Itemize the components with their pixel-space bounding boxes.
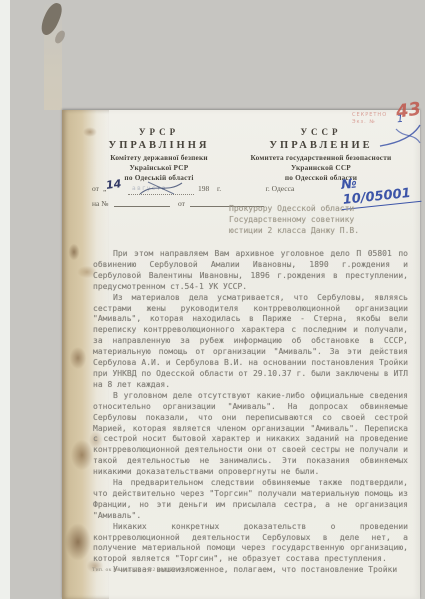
date-year-suffix: г. (217, 184, 221, 193)
addressee-line3: юстиции 2 класса Данжу П.В. (229, 225, 414, 236)
letter-body: При этом направляем Вам архивное уголовн… (93, 249, 408, 576)
ref-na-label: на № (92, 199, 108, 208)
date-day-handwritten: 14 (105, 177, 122, 192)
ink-scribble-icon (376, 122, 424, 155)
letterhead-line2-uk: Української РСР (88, 163, 230, 172)
letterhead-ukrainian: УРСР УПРАВЛІННЯ Комітету державної безпе… (88, 127, 230, 182)
body-paragraph: На предварительном следствии обвиняемые … (93, 478, 408, 522)
date-prefix-label: от (92, 184, 99, 193)
ref-ot-label: от (178, 199, 185, 208)
date-month-field: августа (128, 183, 194, 195)
date-year-label: 198 (198, 184, 209, 193)
letterhead-country-uk: УРСР (88, 127, 230, 137)
secrecy-stamp-line1: СЕКРЕТНО (352, 112, 387, 119)
paper-sheet: УРСР УПРАВЛІННЯ Комітету державної безпе… (62, 110, 420, 599)
body-paragraph: Никаких конкретных доказательств о прове… (93, 522, 408, 566)
body-paragraph: При этом направляем Вам архивное уголовн… (93, 249, 408, 293)
body-paragraph: Из материалов дела усматривается, что Се… (93, 293, 408, 391)
letterhead-line2-ru: Украинской ССР (232, 163, 410, 172)
addressee-block: Прокурору Одесской области Государственн… (229, 203, 414, 236)
ref-na-underline (114, 199, 170, 209)
addressee-line1: Прокурору Одесской области (229, 203, 414, 214)
letterhead-org-uk: УПРАВЛІННЯ (88, 140, 230, 152)
letterhead-line1-uk: Комітету державної безпеки (88, 153, 230, 162)
addressee-line2: Государственному советнику (229, 214, 414, 225)
city-label: г. Одесса (250, 184, 310, 193)
body-paragraph: В уголовном деле отсутствуют какие-либо … (93, 391, 408, 478)
scanner-margin (0, 0, 10, 599)
print-shop-imprint: Тип. ок ви укр. 91 — 22 000. 22-01-87 г. (92, 567, 198, 573)
scanned-document: СЕКРЕТНО Экз. № 43 1 УРСР УПРАВЛІННЯ Ком… (0, 0, 425, 599)
